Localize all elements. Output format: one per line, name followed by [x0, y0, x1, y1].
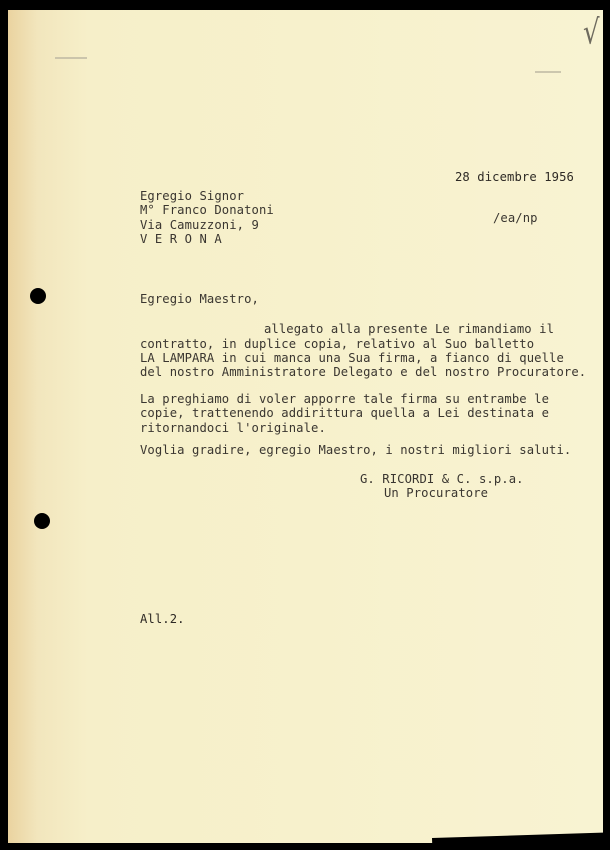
paragraph-2-line-2: copie, trattenendo addirittura quella a … — [140, 406, 549, 420]
reference-code: /ea/np — [493, 211, 538, 225]
paragraph-2-line-3: ritornandoci l'originale. — [140, 421, 326, 435]
letter-date: 28 dicembre 1956 — [455, 170, 574, 184]
recipient-line-3: Via Camuzzoni, 9 — [140, 218, 259, 232]
punch-hole-top — [30, 288, 46, 304]
enclosure-note: All.2. — [140, 612, 185, 626]
signature-title: Un Procuratore — [384, 486, 488, 500]
recipient-line-4: V E R O N A — [140, 232, 222, 246]
paragraph-2-line-1: La preghiamo di voler apporre tale firma… — [140, 392, 549, 406]
recipient-line-2: M° Franco Donatoni — [140, 203, 274, 217]
punch-hole-bottom — [34, 513, 50, 529]
paragraph-1-line-4: del nostro Amministratore Delegato e del… — [140, 365, 586, 379]
handwritten-check-mark: √ — [583, 14, 600, 53]
fold-mark-left — [55, 57, 87, 59]
paragraph-1-line-1: allegato alla presente Le rimandiamo il — [264, 322, 554, 336]
closing-line: Voglia gradire, egregio Maestro, i nostr… — [140, 443, 571, 457]
paragraph-1-line-3: LA LAMPARA in cui manca una Sua firma, a… — [140, 351, 564, 365]
fold-mark-right — [535, 71, 561, 73]
salutation: Egregio Maestro, — [140, 292, 259, 306]
signature-company: G. RICORDI & C. s.p.a. — [360, 472, 524, 486]
paragraph-1-line-2: contratto, in duplice copia, relativo al… — [140, 337, 534, 351]
recipient-line-1: Egregio Signor — [140, 189, 244, 203]
